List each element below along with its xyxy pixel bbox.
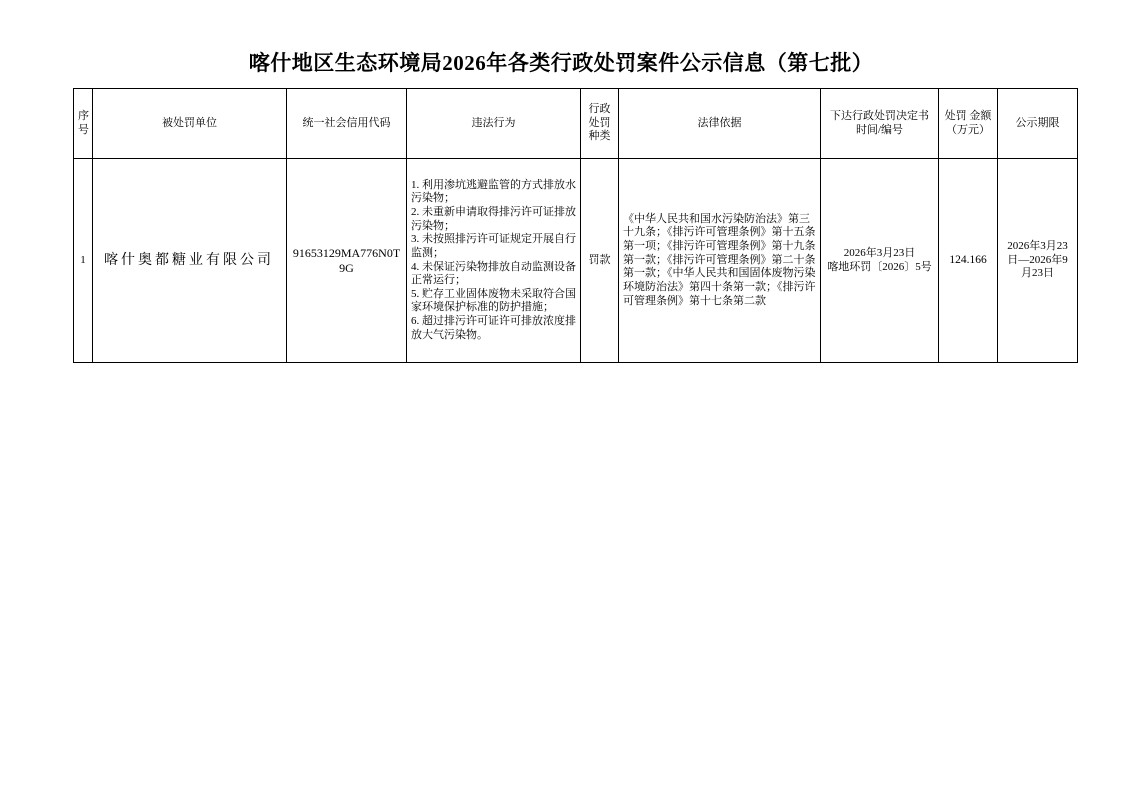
cell-decision: 2026年3月23日 喀地环罚〔2026〕5号 (821, 159, 939, 363)
header-company: 被处罚单位 (93, 89, 287, 159)
cell-penalty-type: 罚款 (581, 159, 619, 363)
decision-date: 2026年3月23日 (825, 247, 934, 261)
violation-item: 6. 超过排污许可证许可排放浓度排放大气污染物。 (411, 315, 576, 342)
header-period: 公示期限 (998, 89, 1078, 159)
header-seq: 序号 (74, 89, 93, 159)
violation-item: 4. 未保证污染物排放自动监测设备正常运行； (411, 261, 576, 288)
cell-company: 喀什奥都糖业有限公司 (93, 159, 287, 363)
page-title: 喀什地区生态环境局2026年各类行政处罚案件公示信息（第七批） (0, 47, 1122, 77)
header-violation: 违法行为 (407, 89, 581, 159)
header-row: 序号 被处罚单位 统一社会信用代码 违法行为 行政处罚种类 法律依据 下达行政处… (74, 89, 1078, 159)
penalty-table: 序号 被处罚单位 统一社会信用代码 违法行为 行政处罚种类 法律依据 下达行政处… (73, 88, 1078, 363)
header-legal-basis: 法律依据 (619, 89, 821, 159)
table-row: 1 喀什奥都糖业有限公司 91653129MA776N0T9G 1. 利用渗坑逃… (74, 159, 1078, 363)
violation-item: 3. 未按照排污许可证规定开展自行监测； (411, 233, 576, 260)
cell-amount: 124.166 (939, 159, 998, 363)
cell-period: 2026年3月23日—2026年9月23日 (998, 159, 1078, 363)
decision-number: 喀地环罚〔2026〕5号 (825, 261, 934, 275)
cell-violations: 1. 利用渗坑逃避监管的方式排放水污染物； 2. 未重新申请取得排污许可证排放污… (407, 159, 581, 363)
header-penalty-type: 行政处罚种类 (581, 89, 619, 159)
violation-item: 1. 利用渗坑逃避监管的方式排放水污染物； (411, 179, 576, 206)
header-credit-code: 统一社会信用代码 (287, 89, 407, 159)
header-amount: 处罚 金额（万元） (939, 89, 998, 159)
cell-seq: 1 (74, 159, 93, 363)
violation-item: 2. 未重新申请取得排污许可证排放污染物； (411, 206, 576, 233)
cell-credit-code: 91653129MA776N0T9G (287, 159, 407, 363)
violation-item: 5. 贮存工业固体废物未采取符合国家环境保护标准的防护措施； (411, 288, 576, 315)
header-decision: 下达行政处罚决定书时间/编号 (821, 89, 939, 159)
document-page: 喀什地区生态环境局2026年各类行政处罚案件公示信息（第七批） 序号 被处罚单位… (0, 0, 1122, 793)
cell-legal-basis: 《中华人民共和国水污染防治法》第三十九条；《排污许可管理条例》第十五条第一项；《… (619, 159, 821, 363)
